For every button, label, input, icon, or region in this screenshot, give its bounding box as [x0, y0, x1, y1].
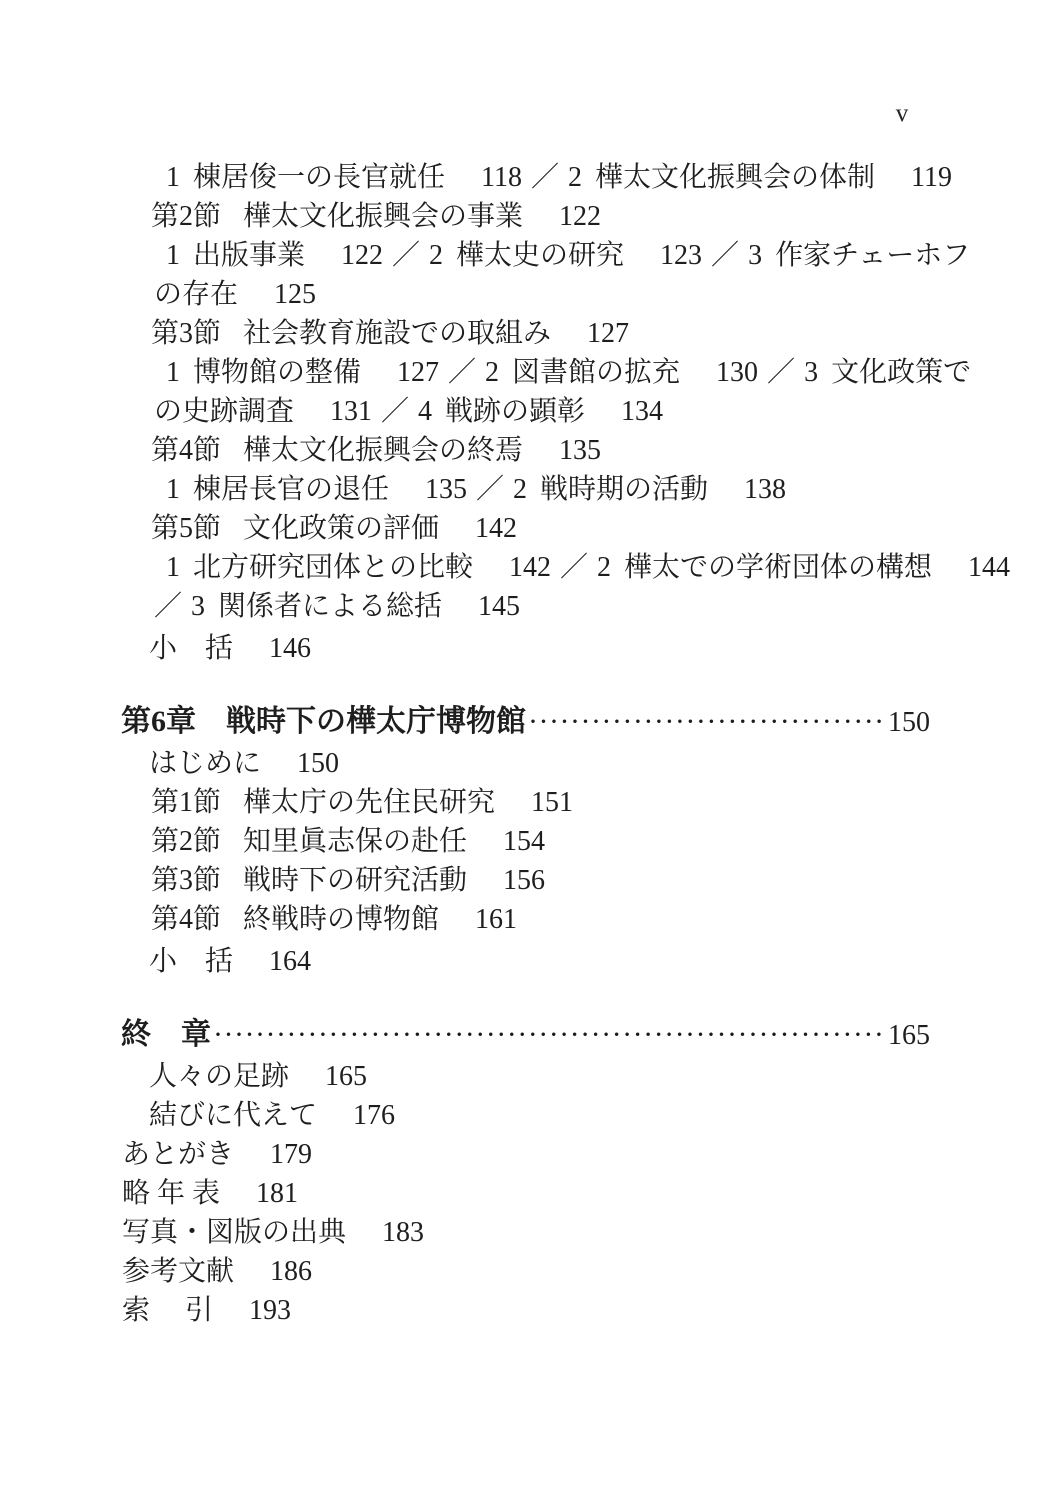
toc-backmatter-entry: 写真・図版の出典183 — [121, 1213, 930, 1252]
toc-backmatter-entry: 略 年 表181 — [121, 1174, 930, 1213]
toc-section: 第3節社会教育施設での取組み127 — [121, 314, 930, 353]
entry-title: の存在 — [154, 279, 238, 310]
entry-title: 結びに代えて — [149, 1100, 317, 1131]
entry-page: 154 — [503, 826, 545, 857]
entry-title: 人々の足跡 — [149, 1061, 289, 1092]
toc-section: 第2節知里眞志保の赴任154 — [121, 822, 930, 861]
entry-title: 図書館の拡充 — [512, 357, 680, 388]
toc-summary: 小 括146 — [121, 629, 930, 668]
entry-title: あとがき — [122, 1139, 234, 1170]
entry-separator: ／ — [476, 474, 504, 505]
entry-page: 134 — [621, 396, 663, 427]
entry-page: 135 — [559, 435, 601, 466]
entry-number: 3 — [191, 591, 205, 622]
entry-title: 樺太文化振興会の事業 — [243, 201, 523, 232]
entry-page: 165 — [325, 1061, 367, 1092]
entry-page: 127 — [397, 357, 439, 388]
toc-entry: 1北方研究団体との比較142／2樺太での学術団体の構想144 — [121, 548, 930, 587]
entry-title: 文化政策で — [831, 357, 971, 388]
section-label: 第4節 — [151, 435, 221, 466]
toc-entry: はじめに150 — [121, 744, 930, 783]
entry-title: 文化政策の評価 — [243, 513, 439, 544]
toc-chapter-heading: 終 章165 — [121, 1013, 930, 1057]
entry-separator: ／ — [531, 162, 559, 193]
entry-number: 2 — [485, 357, 499, 388]
entry-page: 186 — [270, 1256, 312, 1287]
toc-section: 第3節戦時下の研究活動156 — [121, 861, 930, 900]
entry-title: 戦跡の顕彰 — [445, 396, 585, 427]
entry-page: 123 — [660, 240, 702, 271]
section-label: 第5節 — [151, 513, 221, 544]
toc-entry: 1棟居長官の退任135／2戦時期の活動138 — [121, 470, 930, 509]
toc-entry-continuation: ／3関係者による総括145 — [121, 587, 930, 626]
page-folio: v — [872, 100, 932, 128]
toc-entry: 1棟居俊一の長官就任118／2樺太文化振興会の体制119 — [121, 158, 930, 197]
entry-page: 127 — [587, 318, 629, 349]
toc-entry: 人々の足跡165 — [121, 1057, 930, 1096]
entry-page: 165 — [888, 1014, 930, 1058]
entry-page: 142 — [509, 552, 551, 583]
entry-number: 2 — [429, 240, 443, 271]
entry-title: 樺太での学術団体の構想 — [624, 552, 932, 583]
entry-page: 119 — [911, 162, 952, 193]
entry-title: 出版事業 — [193, 240, 305, 271]
entry-number: 1 — [166, 552, 180, 583]
entry-page: 164 — [269, 946, 311, 977]
toc-backmatter-entry: 索 引193 — [121, 1291, 930, 1330]
toc-summary: 小 括164 — [121, 942, 930, 981]
entry-page: 179 — [270, 1139, 312, 1170]
section-label: 第3節 — [151, 318, 221, 349]
entry-page: 156 — [503, 865, 545, 896]
entry-separator: ／ — [381, 396, 409, 427]
entry-title: 樺太庁の先住民研究 — [243, 787, 495, 818]
entry-page: 142 — [475, 513, 517, 544]
entry-number: 1 — [166, 162, 180, 193]
entry-title: 写真・図版の出典 — [122, 1217, 346, 1248]
entry-page: 122 — [341, 240, 383, 271]
entry-page: 135 — [425, 474, 467, 505]
entry-page: 151 — [531, 787, 573, 818]
chapter-title: 戦時下の樺太庁博物館 — [226, 700, 526, 744]
toc-entry-continuation: の存在125 — [121, 275, 930, 314]
entry-separator: ／ — [448, 357, 476, 388]
toc-section: 第2節樺太文化振興会の事業122 — [121, 197, 930, 236]
entry-page: 138 — [744, 474, 786, 505]
entry-title: 小 括 — [149, 946, 233, 977]
entry-page: 181 — [256, 1178, 298, 1209]
entry-title: はじめに — [149, 748, 261, 779]
entry-page: 125 — [274, 279, 316, 310]
entry-title: 略 年 表 — [122, 1178, 220, 1209]
book-page: v 1棟居俊一の長官就任118／2樺太文化振興会の体制119 第2節樺太文化振興… — [0, 0, 1048, 1488]
entry-title: 小 括 — [149, 633, 233, 664]
entry-title: 戦時期の活動 — [540, 474, 708, 505]
entry-title: 社会教育施設での取組み — [243, 318, 551, 349]
entry-title: 知里眞志保の赴任 — [243, 826, 467, 857]
entry-title: 樺太文化振興会の終焉 — [243, 435, 523, 466]
entry-title: 終戦時の博物館 — [243, 904, 439, 935]
entry-separator: ／ — [392, 240, 420, 271]
entry-title: 樺太文化振興会の体制 — [595, 162, 875, 193]
entry-number: 1 — [166, 240, 180, 271]
entry-number: 3 — [804, 357, 818, 388]
entry-page: 130 — [716, 357, 758, 388]
section-label: 第3節 — [151, 865, 221, 896]
toc-entry-continuation: の史跡調査131／4戦跡の顕彰134 — [121, 392, 930, 431]
entry-page: 183 — [382, 1217, 424, 1248]
toc-section: 第1節樺太庁の先住民研究151 — [121, 783, 930, 822]
entry-title: 戦時下の研究活動 — [243, 865, 467, 896]
entry-title: 関係者による総括 — [218, 591, 442, 622]
entry-number: 2 — [568, 162, 582, 193]
chapter-label: 終 章 — [121, 1013, 211, 1057]
table-of-contents: 1棟居俊一の長官就任118／2樺太文化振興会の体制119 第2節樺太文化振興会の… — [121, 158, 930, 1330]
entry-title: 棟居長官の退任 — [193, 474, 389, 505]
entry-separator: ／ — [711, 240, 739, 271]
entry-title: 参考文献 — [122, 1256, 234, 1287]
leader-dots — [528, 700, 883, 744]
toc-section: 第4節樺太文化振興会の終焉135 — [121, 431, 930, 470]
entry-page: 161 — [475, 904, 517, 935]
entry-separator: ／ — [767, 357, 795, 388]
toc-entry: 1出版事業122／2樺太史の研究123／3作家チェーホフ — [121, 236, 930, 275]
entry-page: 145 — [478, 591, 520, 622]
entry-number: 2 — [597, 552, 611, 583]
entry-page: 146 — [269, 633, 311, 664]
toc-chapter-heading: 第6章戦時下の樺太庁博物館150 — [121, 700, 930, 744]
entry-number: 1 — [166, 357, 180, 388]
entry-title: 博物館の整備 — [193, 357, 361, 388]
leader-dots — [213, 1013, 883, 1057]
chapter-label: 第6章 — [121, 700, 196, 744]
toc-entry: 1博物館の整備127／2図書館の拡充130／3文化政策で — [121, 353, 930, 392]
entry-page: 122 — [559, 201, 601, 232]
entry-page: 150 — [297, 748, 339, 779]
entry-page: 118 — [481, 162, 522, 193]
entry-title: 棟居俊一の長官就任 — [193, 162, 445, 193]
entry-title: 作家チェーホフ — [775, 240, 970, 271]
entry-title: の史跡調査 — [154, 396, 294, 427]
section-label: 第2節 — [151, 826, 221, 857]
entry-page: 131 — [330, 396, 372, 427]
entry-page: 150 — [888, 701, 930, 745]
entry-page: 193 — [249, 1295, 291, 1326]
entry-title: 索 引 — [122, 1295, 213, 1326]
entry-title: 樺太史の研究 — [456, 240, 624, 271]
section-label: 第4節 — [151, 904, 221, 935]
entry-number: 2 — [513, 474, 527, 505]
toc-section: 第4節終戦時の博物館161 — [121, 900, 930, 939]
entry-title: 北方研究団体との比較 — [193, 552, 473, 583]
toc-section: 第5節文化政策の評価142 — [121, 509, 930, 548]
entry-page: 144 — [968, 552, 1010, 583]
entry-number: 1 — [166, 474, 180, 505]
entry-page: 176 — [353, 1100, 395, 1131]
toc-backmatter-entry: あとがき179 — [121, 1135, 930, 1174]
section-label: 第2節 — [151, 201, 221, 232]
entry-separator: ／ — [154, 591, 182, 622]
toc-backmatter-entry: 参考文献186 — [121, 1252, 930, 1291]
entry-number: 4 — [418, 396, 432, 427]
section-label: 第1節 — [151, 787, 221, 818]
entry-number: 3 — [748, 240, 762, 271]
toc-entry: 結びに代えて176 — [121, 1096, 930, 1135]
entry-separator: ／ — [560, 552, 588, 583]
